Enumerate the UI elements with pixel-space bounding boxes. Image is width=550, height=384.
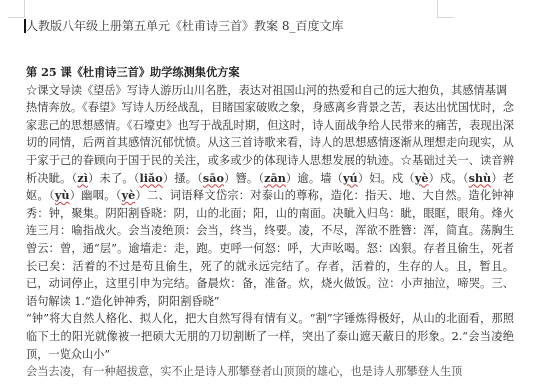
pinyin-text: ）二、词语 (135, 189, 193, 202)
pinyin-text: ）逾。墙（ (286, 172, 343, 185)
pinyin-zi: zì (77, 171, 88, 185)
page-corner-mark-top-right-vertical (437, 0, 438, 17)
pinyin-zan: zān (264, 171, 286, 185)
document-page: 人教版八年级上册第五单元《杜甫诗三首》教案 8_百度文库 第 25 课《杜甫诗三… (0, 0, 550, 384)
pinyin-yu-2: yù (55, 188, 70, 202)
page-corner-mark-top-right-horizontal (437, 17, 454, 18)
pinyin-ye-2: yè (122, 188, 136, 202)
pinyin-text: ）戍。（ (428, 172, 468, 185)
pinyin-text: ）未了。（ (88, 172, 140, 185)
paragraph-main: 热情奔放。《春望》写诗人历经战乱，目睹国家破败之象，身感离乡背景之苦，表达出忧国… (26, 99, 514, 310)
pinyin-yu: yú (343, 171, 358, 185)
page-corner-mark-top-left-vertical (24, 0, 25, 17)
paragraph-explanation-1: “钟”将大自然人格化、拟人化，把大自然写得有情有义。“割”字锤炼得极好，从山的北… (26, 310, 514, 363)
pinyin-text: ）搔。（ (163, 172, 203, 185)
pinyin-text: ）妇。戍（ (358, 172, 415, 185)
pinyin-text: ）幽咽。（ (69, 189, 121, 202)
pinyin-sao: sāo (203, 171, 224, 185)
pinyin-shu: shù (469, 171, 492, 185)
pinyin-close: ） (224, 172, 236, 185)
pinyin-ye: yè (415, 171, 429, 185)
page-corner-mark-top-left-horizontal (8, 17, 25, 18)
pinyin-liao: liǎo (140, 171, 163, 185)
lesson-title: 第 25 课《杜甫诗三首》助学练测集优方案 (26, 64, 514, 82)
pinyin-text: 簪。（ (236, 172, 265, 185)
paragraph-explanation-2: 会当去凌，有一种超拔意，实不止是诗人那攀登者山顶顶的雄心，也是诗人那攀登人生顶 (26, 363, 514, 381)
document-header-title[interactable]: 人教版八年级上册第五单元《杜甫诗三首》教案 8_百度文库 (26, 18, 343, 34)
paragraph-intro: ☆课文导读《望岳》写诗人游历山川名胜，表达对祖国山河的热爱和自己的远大抱负，其感… (26, 82, 514, 100)
paragraph-rest: 释文岱宗：对泰山的尊称，造化：指天、地、大自然。造化钟神秀：钟，聚集。阴阳割昏晓… (26, 189, 514, 308)
document-body[interactable]: 第 25 课《杜甫诗三首》助学练测集优方案 ☆课文导读《望岳》写诗人游历山川名胜… (26, 64, 514, 381)
